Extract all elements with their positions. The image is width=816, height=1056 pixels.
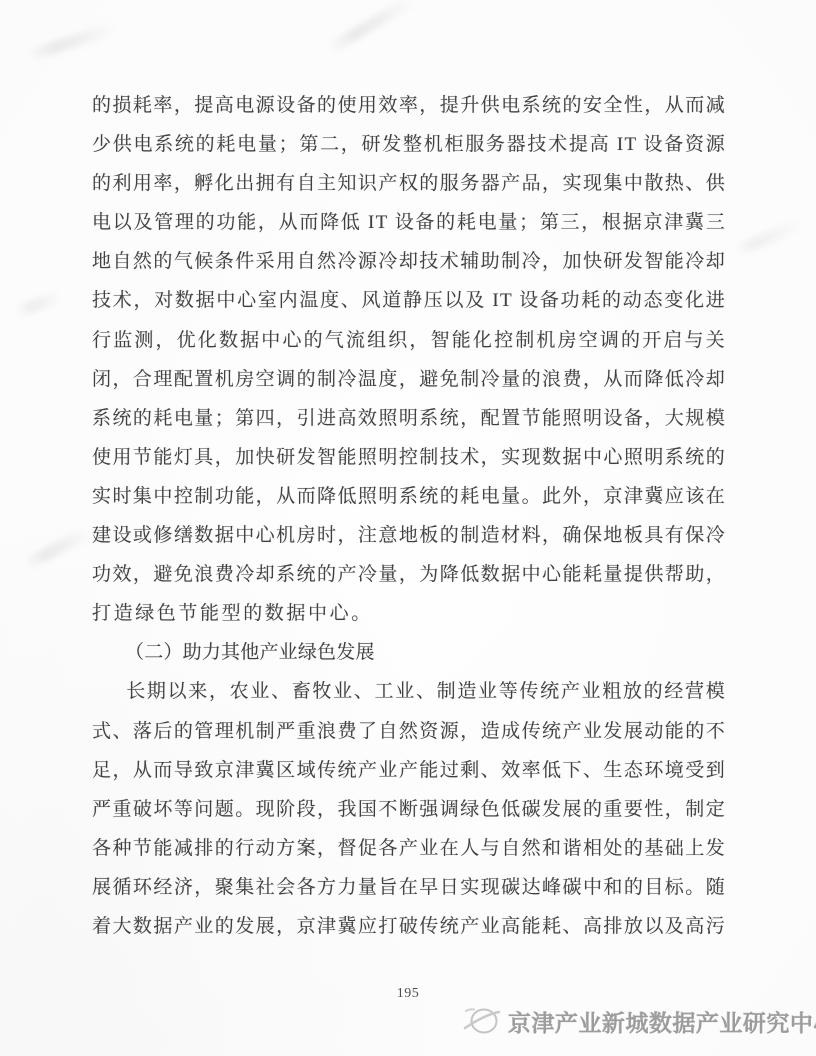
text-line: 式、落后的管理机制严重浪费了自然资源，造成传统产业发展动能的不 <box>92 712 726 751</box>
text-line: 各种节能减排的行动方案，督促各产业在人与自然和谐相处的基础上发 <box>92 829 726 868</box>
text-line: 技术，对数据中心室内温度、风道静压以及 IT 设备功耗的动态变化进 <box>92 281 726 320</box>
watermark-streak <box>326 0 418 55</box>
text-line: 功效，避免浪费冷却系统的产冷量，为降低数据中心能耗量提供帮助， <box>92 555 726 594</box>
text-line: 系统的耗电量；第四，引进高效照明系统，配置节能照明设备，大规模 <box>92 399 726 438</box>
text-line: 地自然的气候条件采用自然冷源冷却技术辅助制冷，加快研发智能冷却 <box>92 242 726 281</box>
footer-org-name: 京津产业新城数据产业研究中心 <box>508 1005 816 1038</box>
watermark-streak <box>26 22 115 61</box>
text-line: 建设或修缮数据中心机房时，注意地板的制造材料，确保地板具有保冷 <box>92 516 726 555</box>
text-line: 行监测，优化数据中心的气流组织，智能化控制机房空调的开启与关 <box>92 321 726 360</box>
text-line: （二）助力其他产业绿色发展 <box>92 633 726 672</box>
watermark-streak <box>15 290 62 317</box>
watermark-streak <box>732 219 801 257</box>
text-line: 实时集中控制功能，从而降低照明系统的耗电量。此外，京津冀应该在 <box>92 477 726 516</box>
watermark-streak <box>23 526 92 570</box>
text-line: 的利用率，孵化出拥有自主知识产权的服务器产品，实现集中散热、供 <box>92 164 726 203</box>
text-line: 使用节能灯具，加快研发智能照明控制技术，实现数据中心照明系统的 <box>92 438 726 477</box>
body-text: 的损耗率，提高电源设备的使用效率，提升供电系统的安全性，从而减少供电系统的耗电量… <box>92 86 726 946</box>
text-line: 电以及管理的功能，从而降低 IT 设备的耗电量；第三，根据京津冀三 <box>92 203 726 242</box>
text-line: 展循环经济，聚集社会各方力量旨在早日实现碳达峰碳中和的目标。随 <box>92 868 726 907</box>
text-line: 闭，合理配置机房空调的制冷温度，避免制冷量的浪费，从而降低冷却 <box>92 360 726 399</box>
footer-brand: 京津产业新城数据产业研究中心 <box>462 1002 816 1040</box>
text-line: 着大数据产业的发展，京津冀应打破传统产业高能耗、高排放以及高污 <box>92 907 726 946</box>
page-number: 195 <box>0 986 816 1002</box>
text-line: 少供电系统的耗电量；第二，研发整机柜服务器技术提高 IT 设备资源 <box>92 125 726 164</box>
text-line: 长期以来，农业、畜牧业、工业、制造业等传统产业粗放的经营模 <box>92 672 726 711</box>
document-page: 的损耗率，提高电源设备的使用效率，提升供电系统的安全性，从而减少供电系统的耗电量… <box>0 0 816 1056</box>
text-line: 打造绿色节能型的数据中心。 <box>92 594 726 633</box>
text-line: 足，从而导致京津冀区域传统产业产能过剩、效率低下、生态环境受到 <box>92 751 726 790</box>
text-line: 严重破坏等问题。现阶段，我国不断强调绿色低碳发展的重要性，制定 <box>92 790 726 829</box>
swoosh-globe-icon <box>462 1002 502 1040</box>
text-line: 的损耗率，提高电源设备的使用效率，提升供电系统的安全性，从而减 <box>92 86 726 125</box>
